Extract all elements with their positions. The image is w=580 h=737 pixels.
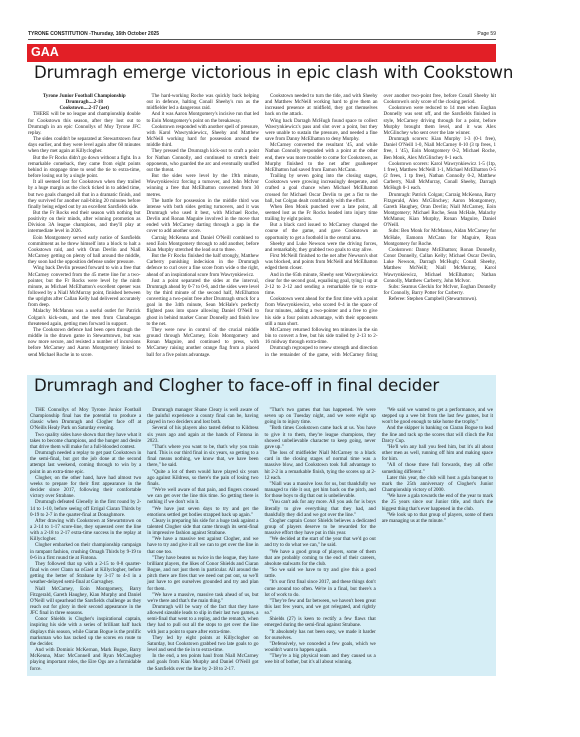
section-label: GAA [31,45,59,59]
article-paragraph: Clogher captain Conor Shields believes a… [265,518,376,536]
article-paragraph: "That's two games that has happened. We … [265,407,376,425]
article1-headline: Drumragh emerge victorious in epic clash… [34,63,494,82]
page-number: Page 59 [477,31,496,37]
article-paragraph: "We have a massive, massive task ahead o… [147,592,258,604]
article-paragraph: Trailing by seven going into the closing… [265,173,378,204]
article-paragraph: They pressed the Drumragh kick-out to cr… [147,148,260,173]
article-paragraph: "They're few and far between, we haven't… [265,598,376,616]
article-paragraph: Drumragh scorers: Kian Murphy 1-3 (0-1 f… [384,136,497,161]
article-paragraph: "All of those three full forwards, they … [382,462,493,474]
article-paragraph: Cookstown responded with another spell o… [147,124,260,149]
article-paragraph: Cookstown: Danny McElhatton; Ronan Donne… [384,247,497,284]
article-paragraph: "They have beaten us twice in the league… [147,555,258,592]
article-paragraph: And it was Aaron Montgomery's incisive r… [147,111,260,123]
article-paragraph: Cookstown scorers: Karol Wawrynkiewicz 1… [384,161,497,192]
article-paragraph: "You can't ask for any more. All you ask… [265,499,376,517]
article-paragraph: "We said we wanted to get a performance,… [382,407,493,425]
article-paragraph: "We have a massive test against Clogher,… [147,536,258,554]
article-paragraph: "Both times Cookstown came back at us. Y… [265,425,376,450]
article-paragraph: "We look up to that group of players, so… [382,512,493,524]
article-paragraph: Drumragh will be wary of the fact that t… [147,604,258,635]
article-paragraph: Two quality sides have shown that they h… [30,432,141,450]
article-paragraph: Later this year, the club will host a ga… [382,475,493,493]
article-paragraph: "We have a good group of players, some o… [265,549,376,567]
article-paragraph: Drumragh defeated Glenelly in the first … [30,499,141,517]
article-paragraph: Drumragh manager Shane Cleary is well aw… [147,407,258,425]
article-paragraph: The battle for possession in the middle … [147,198,260,235]
article-paragraph: The loss of midfielder Niall McCarney to… [265,450,376,481]
article-paragraph: Subs: Ben Monk for McManus, Aidan McCarn… [384,228,497,246]
article-paragraph: Conor Shields is Clogher's inspirational… [30,616,141,647]
article-paragraph: Sheehy and Luke Newson were the driving … [265,241,378,253]
article-paragraph: And the skipper is banking on Ciaran Bog… [382,425,493,443]
article-paragraph: And with Dominic McKernan, Mark Bogue, B… [30,647,141,672]
article-paragraph: In the end, a ten points haul from Niall… [147,653,258,671]
article-paragraph: Cookstown needed to turn the tide, and w… [265,93,378,118]
page-masthead: TYRONE CONSTITUTION -Thursday, 16th Octo… [28,31,496,40]
article-paragraph: THE Connollys of Moy Tyrone Junior Footb… [30,407,141,432]
article-paragraph: Cookstown went ahead for the first time … [265,296,378,327]
article-paragraph: Drumragh: Patrick Colgan; Carraig McKenn… [384,192,497,229]
article-paragraph: "So we said we have to try and give this… [265,567,376,579]
article-paragraph: Clogher, on the other hand, have had alm… [30,475,141,500]
article-paragraph: But a black card issued to McCarney chan… [265,222,378,240]
article-paragraph: Wing back Devlin pressed forward to win … [28,265,141,308]
article-paragraph: Drumragh needed a replay to get past Coo… [30,450,141,475]
article-paragraph: Cookstown were reduced to 14 men when Eo… [384,105,497,136]
article-paragraph: The hard-working Roche was quickly back … [147,93,260,111]
article-paragraph: "That's where you want to be, that's why… [147,444,258,469]
article1-body: Tyrone Junior Football ChampionshipDrumr… [28,93,496,363]
article-paragraph: They were now in control of the crucial … [147,327,260,358]
article-paragraph: They followed that up with a 2-15 to 0-8… [30,561,141,586]
article-paragraph: But the Fr Rocks finished the half stron… [147,253,260,278]
article-paragraph: But the Fr Rocks didn't go down without … [28,155,141,180]
article-paragraph: But the Fr Rocks end their season with n… [28,210,141,235]
article-paragraph: "They're a big physical team and they ca… [265,653,376,665]
article-paragraph: "He'll win any ball you feed him, but it… [382,444,493,462]
article-paragraph: McCarney converted the resultant '45, an… [265,142,378,173]
article-paragraph: After drawing with Cookstown at Stewarts… [30,518,141,543]
section-banner: GAA [27,44,496,62]
article-paragraph: McCarney returned following ten minutes … [265,327,378,345]
article-paragraph: First McNeill finished to the net after … [265,253,378,271]
article-paragraph: "We have a gala towards the end of the y… [382,493,493,511]
article-paragraph: And in the 65th minute, Sheehy sent Wawr… [265,272,378,297]
article2-headline: Drumragh and Clogher to face-off in fina… [34,376,494,395]
article-paragraph: "We have just seven days to try and get … [147,506,258,518]
article-paragraph: Subs: Seamus Gleckin for McIvor, Eoghan … [384,284,497,296]
article-paragraph: Carraig McKenna and Daniel O'Neill combi… [147,235,260,253]
article-paragraph: Wing back Darragh McHugh found space to … [265,118,378,143]
article-paragraph: Several of his players also tasted defea… [147,425,258,443]
article-paragraph: When Ben Monk punched over a late point,… [265,204,378,222]
article-paragraph: Clogher embarked on their championship c… [30,542,141,560]
article-paragraph: The Cookstown defence had been open thro… [28,327,141,358]
article-paragraph: Cleary is preparing his side for a huge … [147,518,258,536]
article-paragraph: The sides couldn't be separated at Stewa… [28,136,141,154]
article-paragraph: "It absolutely has not been easy, we mad… [265,629,376,641]
article-paragraph: Just a point separated the sides at the … [147,278,260,327]
article-paragraph: "It's our first final since 2017, and th… [265,579,376,597]
article-paragraph: Referee: Stephen Campbell (Stewartstown)… [384,296,497,302]
article-paragraph: Niall McCarney, Eoin Montgomery, Barry F… [30,586,141,617]
article-paragraph: Malachy McManus was a useful outlet for … [28,308,141,326]
article-paragraph: THERE will be no league and championship… [28,111,141,136]
article-paragraph: Shields (27) is keen to rectify a few fl… [265,616,376,628]
article-paragraph: Eoin Montgomery served early notice of S… [28,235,141,266]
article-paragraph: "Quite a lot of them would have played s… [147,469,258,487]
article-paragraph: "We're well aware of that pain, and fing… [147,487,258,505]
article-paragraph: "We decided at the start of the year tha… [265,536,376,548]
newspaper-name-date: TYRONE CONSTITUTION -Thursday, 16th Octo… [28,31,159,37]
article-paragraph: "Defensively, we conceded a few goals, w… [265,641,376,653]
article-paragraph: "Niall was a massive loss for us, but th… [265,481,376,499]
article-paragraph: But the sides were level by the 19th min… [147,173,260,198]
article-paragraph: They led by eight points at Killyclogher… [147,635,258,653]
article-paragraph: It all seemed lost for Cookstown when th… [28,179,141,210]
article2-body: THE Connollys of Moy Tyrone Junior Footb… [30,407,493,673]
